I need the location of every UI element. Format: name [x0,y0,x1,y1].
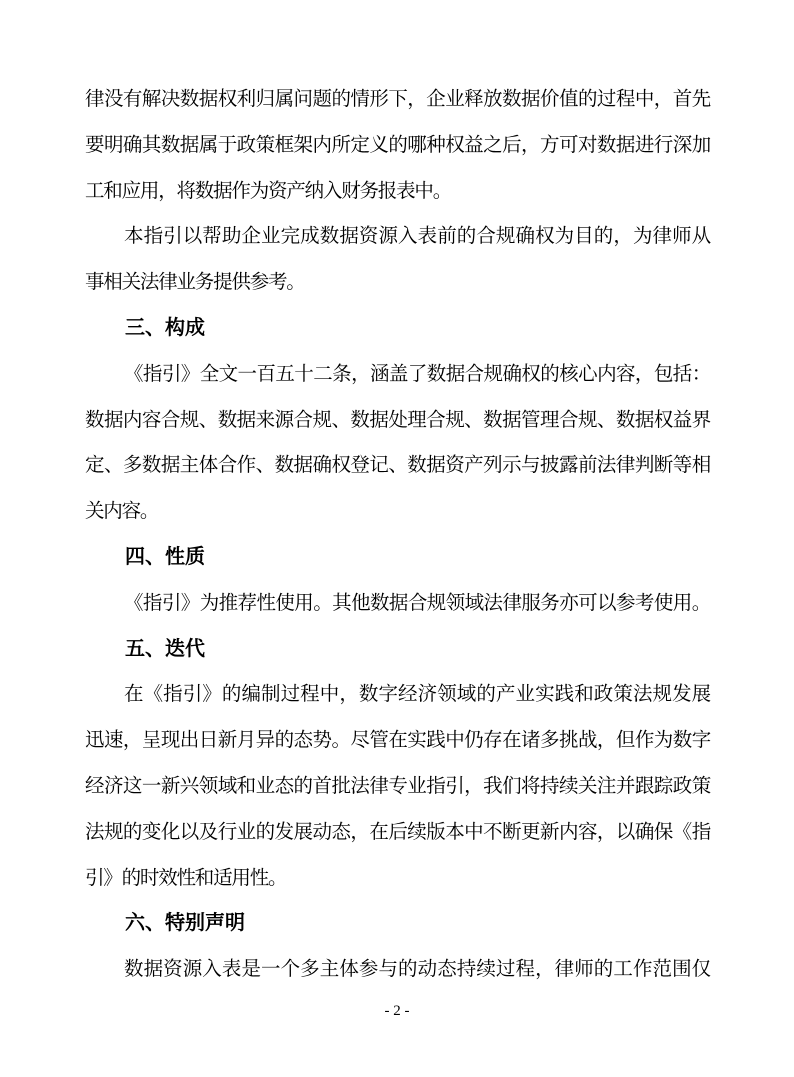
section-heading: 五、迭代 [85,627,710,673]
body-line: 迅速，呈现出日新月异的态势。尽管在实践中仍存在诸多挑战，但作为数字 [85,718,710,764]
body-line: 工和应用，将数据作为资产纳入财务报表中。 [85,169,710,215]
document-page: 律没有解决数据权利归属问题的情形下，企业释放数据价值的过程中，首先要明确其数据属… [0,0,794,1077]
body-line: 要明确其数据属于政策框架内所定义的哪种权益之后，方可对数据进行深加 [85,123,710,169]
body-line: 数据内容合规、数据来源合规、数据处理合规、数据管理合规、数据权益界 [85,398,710,444]
page-number: - 2 - [385,1003,410,1019]
body-line: 事相关法律业务提供参考。 [85,260,710,306]
body-line: 本指引以帮助企业完成数据资源入表前的合规确权为目的，为律师从 [85,214,710,260]
document-body: 律没有解决数据权利归属问题的情形下，企业释放数据价值的过程中，首先要明确其数据属… [85,77,710,993]
page-footer: - 2 - [0,1001,794,1021]
section-heading: 三、构成 [85,306,710,352]
body-line: 《指引》为推荐性使用。其他数据合规领域法律服务亦可以参考使用。 [85,581,710,627]
section-heading: 四、性质 [85,535,710,581]
body-line: 《指引》全文一百五十二条，涵盖了数据合规确权的核心内容，包括： [85,352,710,398]
body-line: 律没有解决数据权利归属问题的情形下，企业释放数据价值的过程中，首先 [85,77,710,123]
section-heading: 六、特别声明 [85,901,710,947]
body-line: 法规的变化以及行业的发展动态，在后续版本中不断更新内容，以确保《指 [85,810,710,856]
body-line: 引》的时效性和适用性。 [85,856,710,902]
body-line: 数据资源入表是一个多主体参与的动态持续过程，律师的工作范围仅 [85,947,710,993]
body-line: 关内容。 [85,489,710,535]
body-line: 经济这一新兴领域和业态的首批法律专业指引，我们将持续关注并跟踪政策 [85,764,710,810]
body-line: 在《指引》的编制过程中，数字经济领域的产业实践和政策法规发展 [85,672,710,718]
body-line: 定、多数据主体合作、数据确权登记、数据资产列示与披露前法律判断等相 [85,443,710,489]
